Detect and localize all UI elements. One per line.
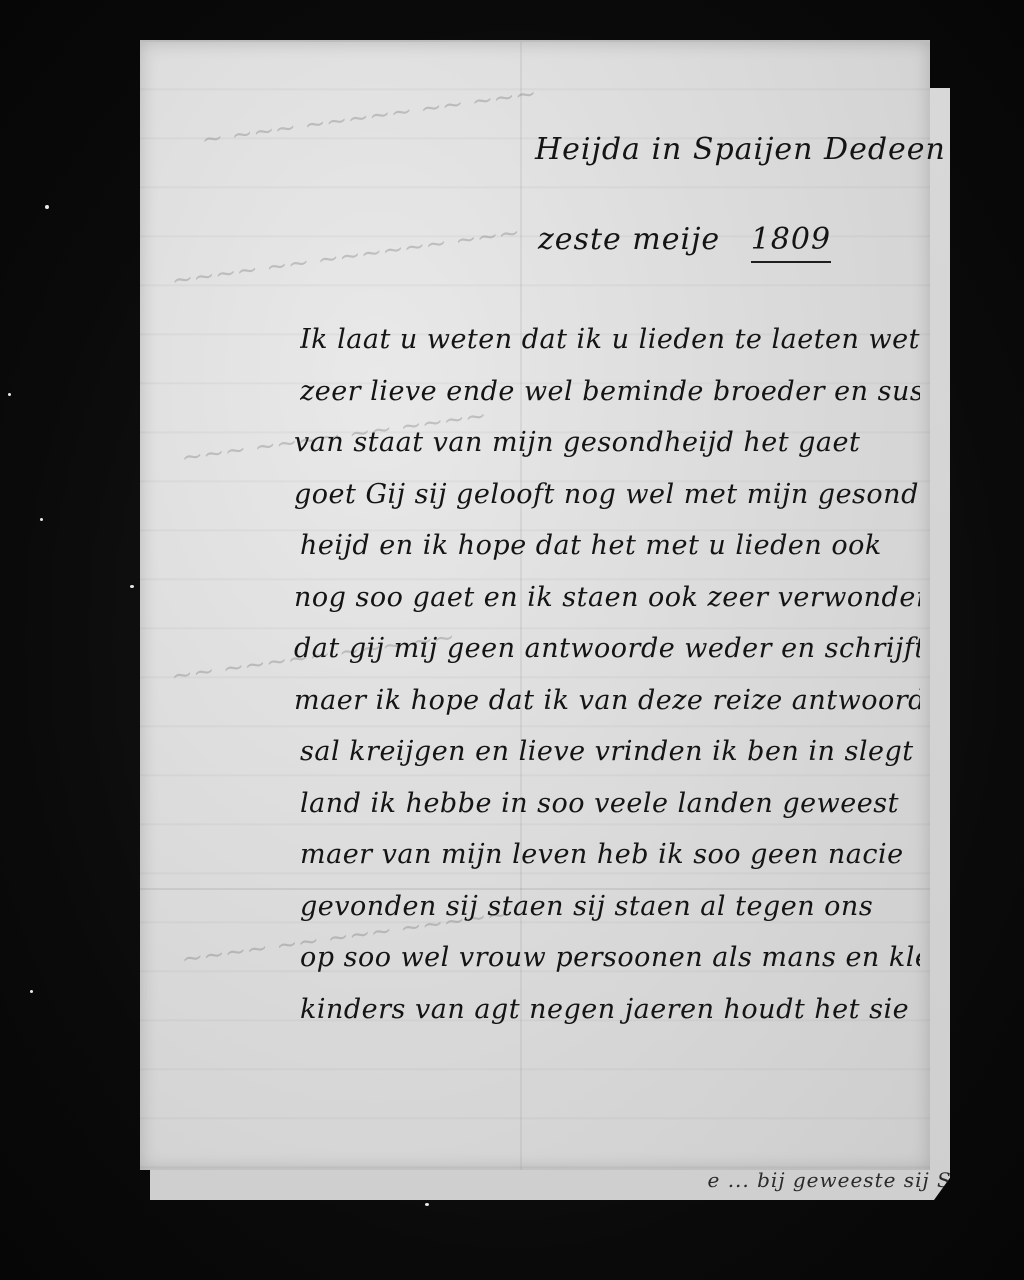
dust-speck xyxy=(8,393,11,396)
letter-line: land ik hebbe in soo veele landen gewees… xyxy=(300,778,920,830)
letter-line: goet Gij sij gelooft nog wel met mijn ge… xyxy=(294,469,920,521)
letter-line: kinders van agt negen jaeren houdt het s… xyxy=(300,984,920,1036)
back-sheet-footer-text: e ... bij geweeste sij Samuels xyxy=(330,1168,1024,1194)
letter-line: maer van mijn leven heb ik soo geen naci… xyxy=(300,829,920,881)
date-prefix: zeste meije xyxy=(538,222,720,257)
letter-line: van staat van mijn gesondheijd het gaet xyxy=(294,417,920,469)
letter-line: Ik laat u weten dat ik u lieden te laete… xyxy=(300,314,920,366)
dust-speck xyxy=(40,518,43,521)
bleed-through-text: ~~~~ ~~ ~~~~~~ ~~~ xyxy=(170,218,522,297)
letter-line: gevonden sij staen sij staen al tegen on… xyxy=(300,881,920,933)
letter-line: heijd en ik hope dat het met u lieden oo… xyxy=(300,520,920,572)
dust-speck xyxy=(425,1203,429,1206)
letter-line: dat gij mij geen antwoorde weder en schr… xyxy=(294,623,920,675)
dust-speck xyxy=(45,205,49,209)
letter-page: ~ ~~~ ~~~~~ ~~ ~~~ ~~~~ ~~ ~~~~~~ ~~~ ~~… xyxy=(140,40,930,1170)
letter-line: maer ik hope dat ik van deze reize antwo… xyxy=(294,675,920,727)
date-year: 1809 xyxy=(751,222,831,263)
letter-date-heading: zeste meije 1809 xyxy=(538,222,831,257)
bleed-through-text: ~ ~~~ ~~~~~ ~~ ~~~ xyxy=(200,79,539,156)
letter-line: sal kreijgen en lieve vrinden ik ben in … xyxy=(300,726,920,778)
dust-speck xyxy=(130,585,134,588)
dust-speck xyxy=(30,990,33,993)
letter-line: zeer lieve ende wel beminde broeder en s… xyxy=(300,366,920,418)
letter-line: op soo wel vrouw persoonen als mans en k… xyxy=(300,932,920,984)
letter-line: nog soo gaet en ik staen ook zeer verwon… xyxy=(294,572,920,624)
letter-body: Ik laat u weten dat ik u lieden te laete… xyxy=(300,314,920,1035)
letter-place-heading: Heijda in Spaijen Dedeen xyxy=(535,132,946,167)
